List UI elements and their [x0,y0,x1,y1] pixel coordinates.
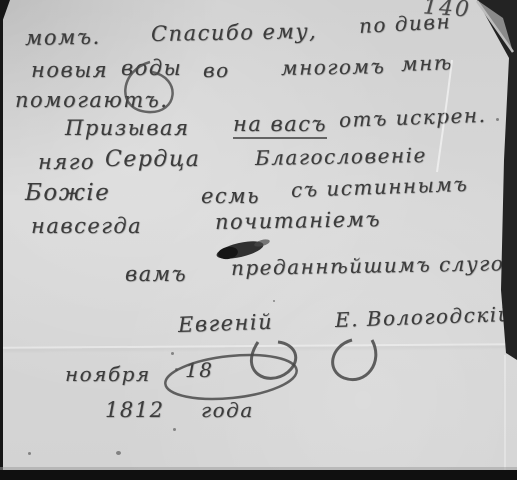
handwritten-word: преданнѣйшимъ слугою [231,251,517,280]
handwritten-word: Благословенiе [255,143,427,170]
handwritten-word: новыя [31,58,108,82]
paper-speck [175,368,178,371]
handwritten-word: воды [121,56,182,80]
handwritten-word: Призывая [65,116,190,140]
signature-name: Евгенiй [178,310,274,337]
handwritten-word: многомъ [281,54,386,80]
handwritten-word: Сердца [105,147,200,172]
scan-edge-bottom [0,470,517,480]
letter-paper: 140 момъ. Спасибо ему, по дивн новыя вод… [3,0,517,471]
handwritten-word-underlined: на васъ [233,112,327,139]
paper-speck [273,300,275,302]
fold-crease-vertical [504,355,506,471]
date-day: 18 [185,358,213,382]
handwritten-word: няго [38,150,95,174]
manuscript-scan: 140 момъ. Спасибо ему, по дивн новыя вод… [0,0,517,480]
handwritten-word: момъ. [25,25,101,50]
paper-speck [171,352,174,355]
handwritten-word: почитанiемъ [215,207,381,234]
handwritten-word: во [203,58,230,82]
handwritten-word: вамъ [125,262,187,286]
paper-speck [116,451,121,455]
paper-speck [28,452,31,455]
handwritten-word: Божiе [25,180,110,206]
handwritten-word: отъ искрен. [339,103,487,132]
handwritten-word: есмь [201,184,260,208]
date-year-word: года [201,398,254,422]
signature-title: Е. Вологодскiй [335,302,513,332]
handwritten-word: навсегда [31,214,142,238]
handwritten-word: помогаютъ. [15,88,168,112]
handwritten-word: мнѣ [401,50,454,76]
paper-speck [496,118,499,121]
date-year: 1812 [105,398,164,422]
handwritten-word: Спасибо ему, [151,19,318,46]
fold-crease-horizontal [3,343,517,349]
handwritten-word: съ истиннымъ [291,172,469,202]
date-month: ноября [65,362,151,386]
paper-speck [173,428,176,431]
handwritten-word: по дивн [358,9,451,38]
